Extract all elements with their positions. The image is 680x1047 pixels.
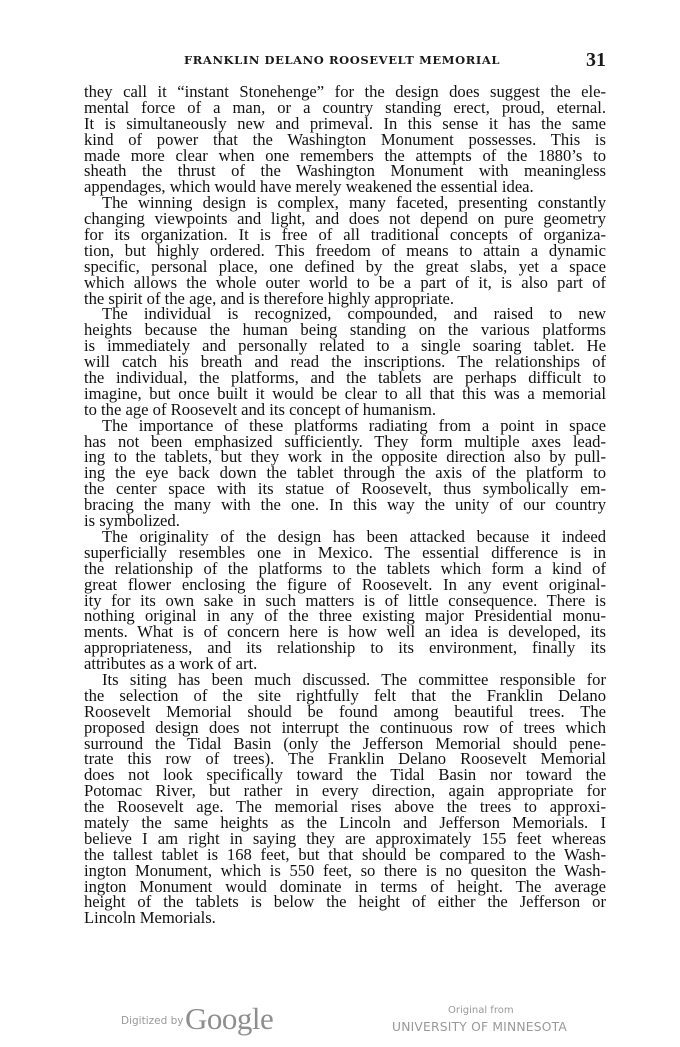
paragraph: they call it “instant Stonehenge” for th… <box>84 84 606 195</box>
footer-watermark: Digitized by Google Original from UNIVER… <box>0 1000 680 1040</box>
text-line: Lincoln Memorials. <box>84 910 606 926</box>
digitized-by-label: Digitized by <box>121 1015 183 1027</box>
running-title: FRANKLIN DELANO ROOSEVELT MEMORIAL <box>184 53 500 67</box>
paragraph: The individual is recognized, compounded… <box>84 306 606 417</box>
original-from-label: Original from <box>448 1005 514 1016</box>
paragraph: The importance of these platforms radiat… <box>84 418 606 529</box>
google-logo: Google <box>185 1001 273 1037</box>
institution-label: UNIVERSITY OF MINNESOTA <box>392 1020 567 1034</box>
document-page: FRANKLIN DELANO ROOSEVELT MEMORIAL 31 th… <box>0 0 680 1047</box>
body-text: they call it “instant Stonehenge” for th… <box>84 84 606 926</box>
paragraph: The winning design is complex, many face… <box>84 195 606 306</box>
paragraph: The originality of the design has been a… <box>84 529 606 672</box>
paragraph: Its siting has been much discussed. The … <box>84 672 606 926</box>
running-header: FRANKLIN DELANO ROOSEVELT MEMORIAL 31 <box>84 51 606 71</box>
page-number: 31 <box>586 49 606 72</box>
